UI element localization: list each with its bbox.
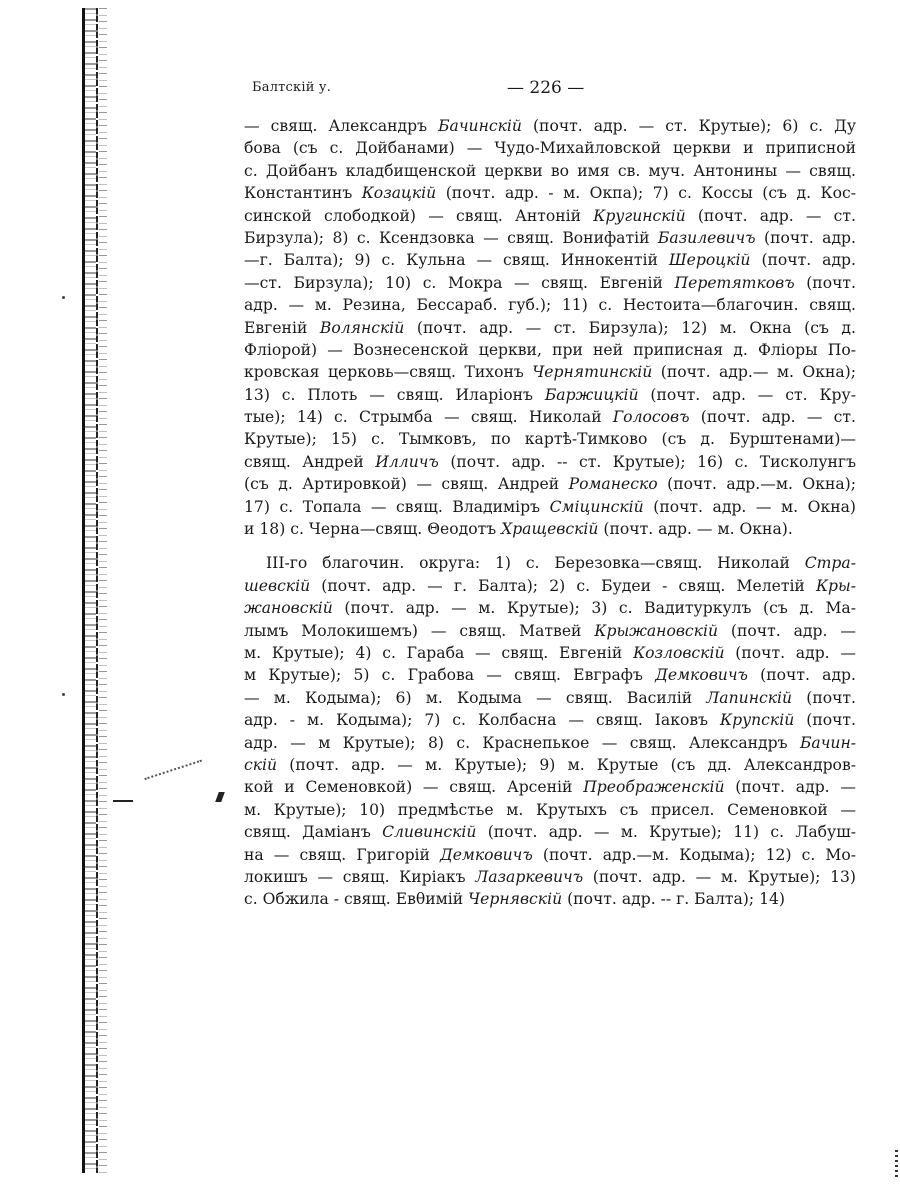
italic-name: Бачин- — [800, 734, 856, 752]
italic-name: Перетятковъ — [675, 274, 795, 292]
text-run: (почт. адр. -- г. Балта); 14) — [562, 890, 785, 908]
italic-name: Лазаркевичъ — [475, 868, 583, 886]
text-run: (почт. адр. — м. Крутые); 9) м. Крутые (… — [277, 756, 856, 774]
body-text: — свящ. Александръ Бачинскій (почт. адр.… — [244, 115, 856, 911]
italic-name: Сміцинскій — [550, 498, 644, 516]
italic-name: Бачинскій — [438, 117, 522, 135]
italic-name: Козацкій — [362, 184, 436, 202]
italic-name: Чернявскій — [468, 890, 562, 908]
text-line: бова (съ с. Дойбанами) — Чудо-Михайловск… — [244, 137, 856, 159]
text-line: Фліорой) — Вознесенской церкви, при ней … — [244, 339, 856, 361]
binding-speckle — [85, 8, 96, 1173]
italic-name: Баржицкій — [545, 386, 639, 404]
italic-name: Стра- — [805, 554, 856, 572]
text-run: м Крутые); 5) с. Грабова — свящ. Евграфъ — [244, 666, 655, 684]
text-run: Константинъ — [244, 184, 362, 202]
text-run: (почт. адр. — м. Крутые); 13) — [583, 868, 856, 886]
text-line: — м. Кодыма); 6) м. Кодыма — свящ. Васил… — [244, 687, 856, 709]
italic-name: Лапинскій — [706, 689, 792, 707]
text-run: (почт. адр. — [750, 251, 856, 269]
italic-name: Сливинскій — [382, 823, 476, 841]
text-line: 17) с. Топала — свящ. Владиміръ Сміцинск… — [244, 496, 856, 518]
text-line: свящ. Андрей Илличъ (почт. адр. -- ст. К… — [244, 451, 856, 473]
text-line: свящ. Даміанъ Сливинскій (почт. адр. — м… — [244, 821, 856, 843]
text-line: Евгеній Волянскій (почт. адр. — ст. Бирз… — [244, 317, 856, 339]
text-run: (почт. адр. - м. Окпа); 7) с. Коссы (съ … — [436, 184, 856, 202]
text-run: (почт. — [795, 274, 856, 292]
italic-name: Крупскій — [720, 711, 794, 729]
text-run: тые); 14) с. Стрымба — свящ. Николай — [244, 408, 613, 426]
text-line: адр. — м Крутые); 8) с. Краснепькое — св… — [244, 732, 856, 754]
text-run: — свящ. Александръ — [244, 117, 438, 135]
text-run: (почт. адр. — м. Окна) — [644, 498, 856, 516]
binding-speckle-inner — [99, 8, 107, 1173]
italic-name: Хращевскій — [501, 520, 598, 538]
italic-name: Голосовъ — [613, 408, 690, 426]
text-line: III-го благочин. округа: 1) с. Березовка… — [244, 552, 856, 574]
text-run: (почт. адр. — м. Окна). — [598, 520, 792, 538]
text-run: м. Крутые); 10) предмѣстье м. Крутыхъ съ… — [244, 801, 856, 819]
text-line: синской слободкой) — свящ. Антоній Круги… — [244, 205, 856, 227]
text-line: Крутые); 15) с. Тымковъ, по картѣ-Тимков… — [244, 428, 856, 450]
book-binding-edge — [80, 8, 110, 1173]
text-run: (почт. — [792, 689, 856, 707]
text-run: —г. Балта); 9) с. Кульна — свящ. Иннокен… — [244, 251, 669, 269]
text-run: адр. - м. Кодыма); 7) с. Колбасна — свящ… — [244, 711, 720, 729]
text-run: бова (съ с. Дойбанами) — Чудо-Михайловск… — [244, 139, 856, 157]
text-run: (почт. — [794, 711, 856, 729]
text-line: шевскій (почт. адр. — г. Балта); 2) с. Б… — [244, 575, 856, 597]
text-run: на — свящ. Григорій — [244, 846, 440, 864]
text-run: (почт. адр. — ст. Бирзула); 12) м. Окна … — [404, 319, 856, 337]
text-run: адр. — м. Резина, Бессараб. губ.); 11) с… — [244, 296, 856, 314]
italic-name: шевскій — [244, 577, 310, 595]
text-run: м. Крутые); 4) с. Гараба — свящ. Евгеній — [244, 644, 633, 662]
text-run: (почт. адр. — г. Балта); 2) с. Будеи - с… — [310, 577, 816, 595]
italic-name: Чернятинскій — [532, 363, 652, 381]
scan-edge-artifact — [895, 1150, 898, 1180]
text-run: (почт. адр. — [748, 666, 856, 684]
page-header: Балтскій у. — 226 — — [252, 78, 852, 100]
text-line: —ст. Бирзула); 10) с. Мокра — свящ. Евге… — [244, 272, 856, 294]
text-line: кой и Семеновкой) — свящ. Арсеній Преобр… — [244, 776, 856, 798]
text-run: — м. Кодыма); 6) м. Кодыма — свящ. Васил… — [244, 689, 706, 707]
text-run: (почт. адр. — ст. — [686, 207, 856, 225]
text-line: на — свящ. Григорій Демковичъ (почт. адр… — [244, 844, 856, 866]
scan-speck — [62, 693, 65, 696]
text-line: с. Обжила - свящ. Евθимій Чернявскій (по… — [244, 888, 856, 910]
text-run: Крутые); 15) с. Тымковъ, по картѣ-Тимков… — [244, 430, 856, 448]
text-run: (почт. адр. — м. Крутые); 11) с. Лабуш- — [476, 823, 856, 841]
text-run: (почт. адр. — м. Крутые); 3) с. Вадитурк… — [333, 599, 856, 617]
text-line: тые); 14) с. Стрымба — свящ. Николай Гол… — [244, 406, 856, 428]
italic-name: скій — [244, 756, 277, 774]
text-run: 17) с. Топала — свящ. Владиміръ — [244, 498, 550, 516]
margin-pencil-mark — [105, 790, 235, 810]
text-run: Бирзула); 8) с. Ксендзовка — свящ. Вониф… — [244, 229, 658, 247]
text-run: 13) с. Плоть — свящ. Иларіонъ — [244, 386, 545, 404]
text-run: (почт. адр.— м. Окна); — [652, 363, 856, 381]
text-run: кровская церковь—свящ. Тихонъ — [244, 363, 532, 381]
text-run: Евгеній — [244, 319, 320, 337]
text-line: кровская церковь—свящ. Тихонъ Чернятинск… — [244, 361, 856, 383]
text-line: 13) с. Плоть — свящ. Иларіонъ Баржицкій … — [244, 384, 856, 406]
italic-name: Романеско — [569, 475, 658, 493]
text-run: свящ. Андрей — [244, 453, 375, 471]
text-run: (почт. адр. — — [725, 644, 857, 662]
text-run: (почт. адр. — — [718, 622, 856, 640]
italic-name: Демковичъ — [440, 846, 533, 864]
text-line: жановскій (почт. адр. — м. Крутые); 3) с… — [244, 597, 856, 619]
text-line: с. Дойбанъ кладбищенской церкви во имя с… — [244, 160, 856, 182]
italic-name: жановскій — [244, 599, 333, 617]
text-line: и 18) с. Черна—свящ. Θеодотъ Хращевскій … — [244, 518, 856, 540]
text-line: м. Крутые); 4) с. Гараба — свящ. Евгеній… — [244, 642, 856, 664]
paragraph: — свящ. Александръ Бачинскій (почт. адр.… — [244, 115, 856, 540]
text-line: скій (почт. адр. — м. Крутые); 9) м. Кру… — [244, 754, 856, 776]
italic-name: Волянскій — [320, 319, 404, 337]
text-run: —ст. Бирзула); 10) с. Мокра — свящ. Евге… — [244, 274, 675, 292]
text-line: Константинъ Козацкій (почт. адр. - м. Ок… — [244, 182, 856, 204]
text-line: м. Крутые); 10) предмѣстье м. Крутыхъ съ… — [244, 799, 856, 821]
text-line: — свящ. Александръ Бачинскій (почт. адр.… — [244, 115, 856, 137]
text-line: адр. - м. Кодыма); 7) с. Колбасна — свящ… — [244, 709, 856, 731]
scan-speck — [62, 296, 65, 299]
page-number: — 226 — — [507, 78, 584, 98]
text-run: синской слободкой) — свящ. Антоній — [244, 207, 593, 225]
italic-name: Козловскій — [633, 644, 724, 662]
text-run: (почт. адр.—м. Кодыма); 12) с. Мо- — [533, 846, 856, 864]
italic-name: Кры- — [816, 577, 856, 595]
text-run: Фліорой) — Вознесенской церкви, при ней … — [244, 341, 856, 359]
text-run: с. Обжила - свящ. Евθимій — [244, 890, 468, 908]
text-run: с. Дойбанъ кладбищенской церкви во имя с… — [244, 162, 856, 180]
text-run: (почт. адр. — — [724, 778, 856, 796]
text-line: адр. — м. Резина, Бессараб. губ.); 11) с… — [244, 294, 856, 316]
text-run: локишъ — свящ. Киріакъ — [244, 868, 475, 886]
paragraph: III-го благочин. округа: 1) с. Березовка… — [244, 552, 856, 910]
text-run: (почт. адр. — ст. Кру- — [639, 386, 856, 404]
mark-tick — [215, 792, 225, 802]
text-line: Бирзула); 8) с. Ксендзовка — свящ. Вониф… — [244, 227, 856, 249]
text-run: (почт. адр. -- ст. Крутые); 16) с. Тиско… — [439, 453, 856, 471]
text-run: адр. — м Крутые); 8) с. Краснепькое — св… — [244, 734, 800, 752]
text-run: (съ д. Артировкой) — свящ. Андрей — [244, 475, 569, 493]
italic-name: Кругинскій — [593, 207, 685, 225]
text-run: свящ. Даміанъ — [244, 823, 382, 841]
text-run: (почт. адр. — ст. Крутые); 6) с. Ду — [522, 117, 856, 135]
paragraph-gap — [244, 540, 856, 552]
text-run: лымъ Молокишемъ) — свящ. Матвей — [244, 622, 594, 640]
text-run: (почт. адр. — ст. — [689, 408, 856, 426]
text-run: и 18) с. Черна—свящ. Θеодотъ — [244, 520, 501, 538]
running-head: Балтскій у. — [252, 80, 331, 95]
mark-dash — [113, 800, 133, 802]
text-run: кой и Семеновкой) — свящ. Арсеній — [244, 778, 583, 796]
text-line: лымъ Молокишемъ) — свящ. Матвей Крыжанов… — [244, 620, 856, 642]
text-line: —г. Балта); 9) с. Кульна — свящ. Иннокен… — [244, 249, 856, 271]
italic-name: Крыжановскій — [594, 622, 718, 640]
text-run: (почт. адр. — [756, 229, 856, 247]
italic-name: Шероцкій — [669, 251, 751, 269]
binding-rule-inner — [96, 8, 98, 1173]
italic-name: Базилевичъ — [658, 229, 756, 247]
text-run: (почт. адр.—м. Окна); — [658, 475, 856, 493]
text-line: (съ д. Артировкой) — свящ. Андрей Романе… — [244, 473, 856, 495]
mark-dots — [144, 760, 202, 782]
italic-name: Демковичъ — [655, 666, 748, 684]
text-line: м Крутые); 5) с. Грабова — свящ. Евграфъ… — [244, 664, 856, 686]
italic-name: Илличъ — [375, 453, 439, 471]
text-run: III-го благочин. округа: 1) с. Березовка… — [266, 554, 805, 572]
text-line: локишъ — свящ. Киріакъ Лазаркевичъ (почт… — [244, 866, 856, 888]
italic-name: Преображенскій — [583, 778, 724, 796]
